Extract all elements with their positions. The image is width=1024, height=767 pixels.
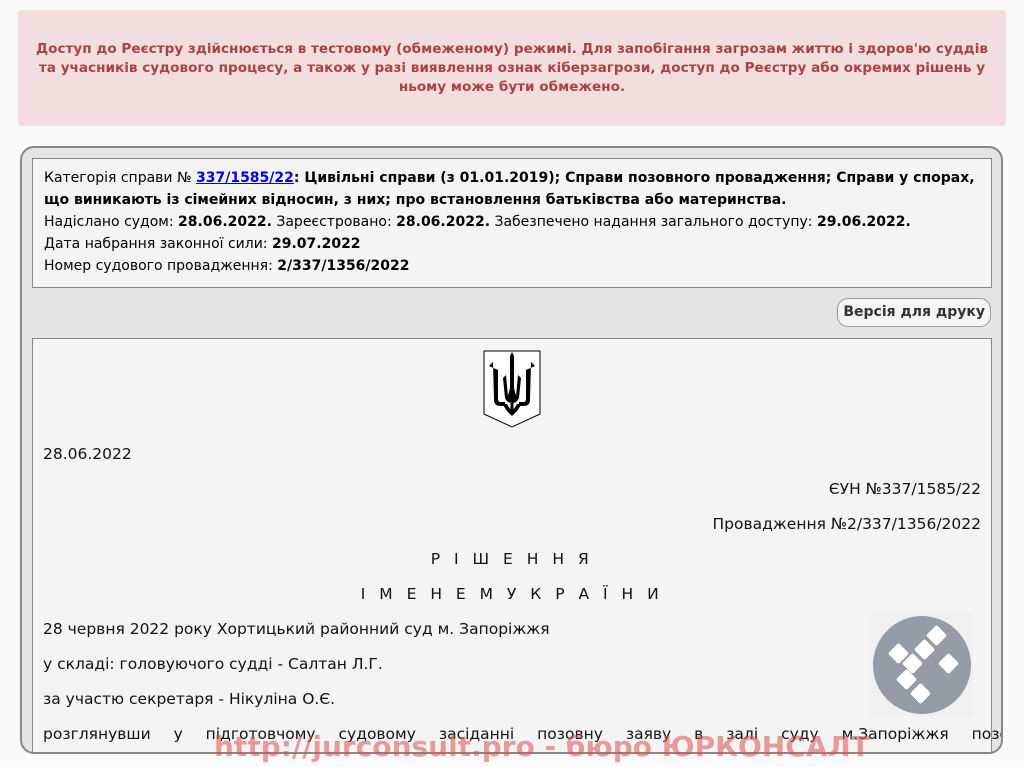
ukraine-coat-of-arms-icon bbox=[481, 348, 543, 430]
case-info-panel: Категорія справи № 337/1585/22: Цивільні… bbox=[32, 158, 992, 288]
proceeding-number: 2/337/1356/2022 bbox=[277, 258, 409, 274]
registered-date: 28.06.2022. bbox=[396, 214, 490, 230]
case-dates: Надіслано судом: 28.06.2022. Зареєстрова… bbox=[44, 211, 980, 233]
decision-document: 28.06.2022 ЄУН №337/1585/22 Провадження … bbox=[32, 338, 992, 754]
public-access-date: 29.06.2022. bbox=[817, 214, 911, 230]
proceeding-ref: Провадження №2/337/1356/2022 bbox=[43, 515, 981, 533]
decision-subtitle: І М Е Н Е М У К Р А Ї Н И bbox=[43, 585, 981, 603]
legal-force-date: 29.07.2022 bbox=[272, 236, 361, 252]
print-version-button[interactable]: Версія для друку bbox=[837, 298, 991, 327]
watermark-text: http://jurconsult.pro - бюро ЮРКОНСАЛТ bbox=[214, 730, 870, 763]
legal-force-date-row: Дата набрання законної сили: 29.07.2022 bbox=[44, 233, 980, 255]
decision-line: за участю секретаря - Нікуліна О.Є. bbox=[43, 690, 981, 708]
alert-text: Доступ до Реєстру здійснюється в тестово… bbox=[34, 40, 990, 97]
decision-date: 28.06.2022 bbox=[43, 445, 981, 463]
decision-line: 28 червня 2022 року Хортицький районний … bbox=[43, 620, 981, 638]
decision-line: у складі: головуючого судді - Салтан Л.Г… bbox=[43, 655, 981, 673]
sent-date: 28.06.2022. bbox=[178, 214, 272, 230]
access-warning-alert: Доступ до Реєстру здійснюється в тестово… bbox=[18, 10, 1006, 126]
case-category: Категорія справи № 337/1585/22: Цивільні… bbox=[44, 167, 980, 211]
decision-frame: Категорія справи № 337/1585/22: Цивільні… bbox=[20, 146, 1003, 754]
case-number-link[interactable]: 337/1585/22 bbox=[196, 170, 294, 186]
share-badge-icon[interactable] bbox=[871, 614, 973, 716]
eun-number: ЄУН №337/1585/22 bbox=[43, 480, 981, 498]
decision-title: Р І Ш Е Н Н Я bbox=[43, 550, 981, 568]
proceeding-number-row: Номер судового провадження: 2/337/1356/2… bbox=[44, 255, 980, 277]
